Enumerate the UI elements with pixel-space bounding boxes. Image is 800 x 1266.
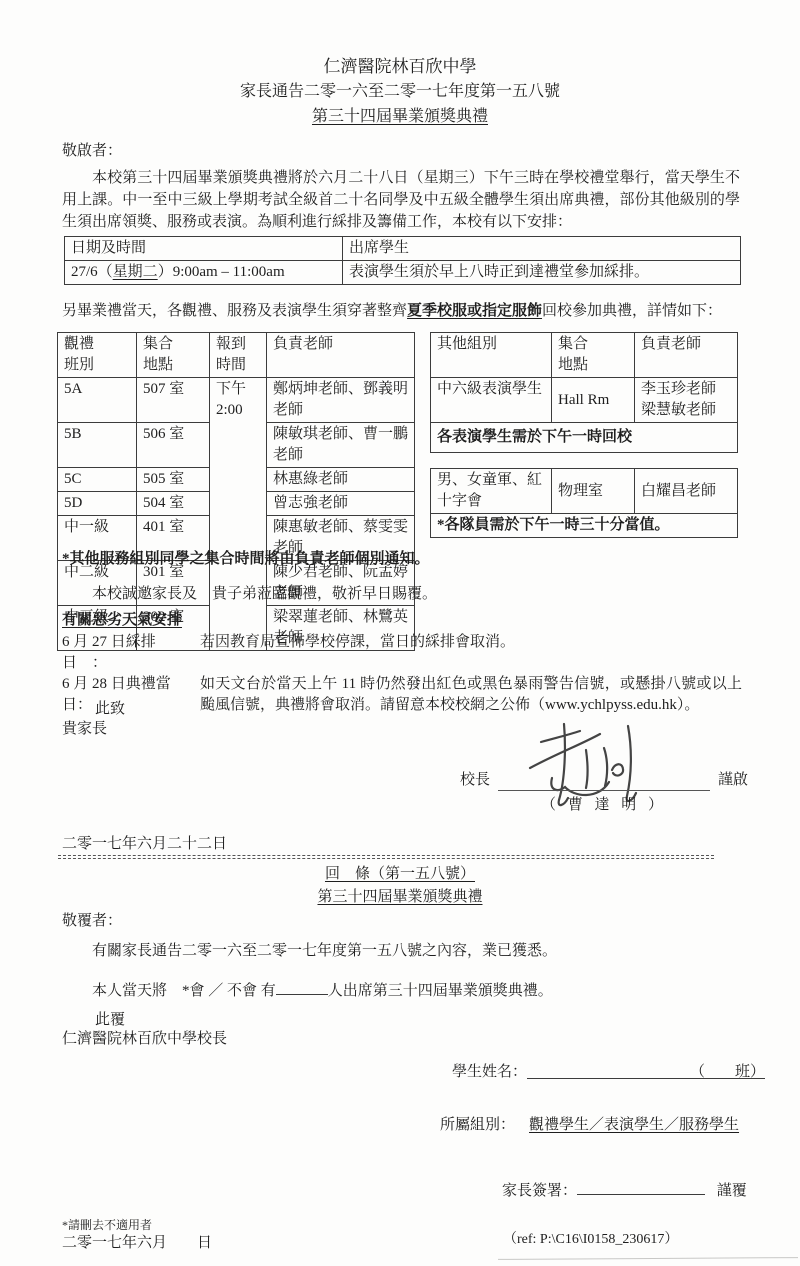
- notice-title: 第三十四屆畢業頒獎典禮: [0, 106, 800, 127]
- footnote: *請刪去不適用者: [62, 1218, 152, 1233]
- student-name-blank: （ 班）: [527, 1062, 765, 1079]
- salutation: 敬啟者：: [62, 141, 122, 162]
- rehearsal-col-date: 日期及時間: [65, 237, 343, 261]
- rehearsal-attendees-cell: 表演學生須於早上八時正到達禮堂參加綵排。: [343, 261, 741, 285]
- class-suffix: （ 班）: [690, 1064, 765, 1080]
- invitation-line: 本校誠邀家長及 貴子弟蒞臨觀禮，敬祈早日賜覆。: [62, 584, 437, 605]
- reply-salutation: 敬覆者：: [62, 911, 122, 932]
- intro-paragraph: 本校第三十四屆畢業頒獎典禮將於六月二十八日（星期三）下午三時在學校禮堂舉行，當天…: [62, 167, 740, 233]
- duty-note-row: *各隊員需於下午一時三十分當值。: [431, 514, 738, 538]
- other-groups-header-row: 其他組別 集合 地點 負責老師: [431, 333, 738, 378]
- weather-item-rehearsal: 6 月 27 日綵排日 ： 若因教育局宣佈學校停課，當日的綵排會取消。: [62, 632, 742, 674]
- uniform-groups-table: 男、女童軍、紅十字會 物理室 白耀昌老師 *各隊員需於下午一時三十分當值。: [430, 468, 738, 538]
- col-other-group: 其他組別: [431, 333, 552, 378]
- reply-title: 第三十四屆畢業頒獎典禮: [0, 887, 800, 908]
- weather-list: 6 月 27 日綵排日 ： 若因教育局宣佈學校停課，當日的綵排會取消。 6 月 …: [62, 632, 742, 716]
- school-name: 仁濟醫院林百欣中學: [0, 56, 800, 77]
- principal-label: 校長: [460, 770, 490, 791]
- table-row: 5A 507 室 下午 2:00 鄭炳坤老師、鄧義明老師: [58, 378, 415, 423]
- group-label: 所屬組別：: [440, 1117, 515, 1133]
- col-other-place: 集合 地點: [552, 333, 635, 378]
- student-name-line: 學生姓名：（ 班）: [452, 1062, 765, 1083]
- closing-cizhi: 此致: [95, 699, 125, 720]
- parent-sign-suffix: 謹覆: [717, 1183, 747, 1199]
- duty-note: *各隊員需於下午一時三十分當值。: [431, 514, 738, 538]
- weather-heading: 有關惡劣天氣安排: [62, 610, 182, 631]
- col-place: 集合 地點: [137, 333, 210, 378]
- report-time-cell: 下午 2:00: [210, 378, 267, 651]
- rehearsal-col-attendees: 出席學生: [343, 237, 741, 261]
- rehearsal-table: 日期及時間 出席學生 27/6（星期二）9:00am – 11:00am 表演學…: [64, 236, 741, 285]
- col-teachers: 負責老師: [267, 333, 415, 378]
- attendance-count-blank: [276, 978, 328, 995]
- header-block: 仁濟醫院林百欣中學 家長通告二零一六至二零一七年度第一五八號 第三十四屆畢業頒獎…: [0, 56, 800, 127]
- dress-code-line: 另畢業禮當天，各觀禮、服務及表演學生須穿著整齊夏季校服或指定服飾回校參加典禮，詳…: [62, 301, 752, 322]
- attendance-header-row: 觀禮 班別 集合 地點 報到 時間 負責老師: [58, 333, 415, 378]
- performer-note-row: 各表演學生需於下午一時回校: [431, 423, 738, 453]
- reply-date: 二零一七年六月 日: [62, 1233, 212, 1254]
- ref-number: （ref: P:\C16\I0158_230617）: [503, 1229, 678, 1250]
- col-class: 觀禮 班別: [58, 333, 137, 378]
- attendance-reply-line: 本人當天將 *會 ／ 不會 有人出席第三十四屆畢業頒獎典禮。: [62, 978, 553, 1002]
- rehearsal-table-header-row: 日期及時間 出席學生: [65, 237, 741, 261]
- acknowledgement-line: 有關家長通告二零一六至二零一七年度第一五八號之內容，業已獲悉。: [62, 941, 557, 962]
- rehearsal-date-cell: 27/6（星期二）9:00am – 11:00am: [65, 261, 343, 285]
- parent-sign-blank: [577, 1178, 705, 1195]
- weather-item-ceremony: 6 月 28 日典禮當日： 如天文台於當天上午 11 時仍然發出紅色或黑色暴雨警…: [62, 674, 742, 716]
- signature-suffix: 謹啟: [718, 770, 748, 791]
- other-groups-table: 其他組別 集合 地點 負責老師 中六級表演學生 Hall Rm 李玉珍老師 梁慧…: [430, 332, 738, 453]
- table-row: 男、女童軍、紅十字會 物理室 白耀昌老師: [431, 469, 738, 514]
- notice-number-line: 家長通告二零一六至二零一七年度第一五八號: [0, 81, 800, 102]
- signature-line: [498, 772, 710, 791]
- table-row: 中六級表演學生 Hall Rm 李玉珍老師 梁慧敏老師: [431, 378, 738, 423]
- issue-date: 二零一七年六月二十二日: [62, 834, 227, 855]
- performer-note: 各表演學生需於下午一時回校: [431, 423, 738, 453]
- reply-heading: 回 條（第一五八號）: [0, 864, 800, 885]
- col-time: 報到 時間: [210, 333, 267, 378]
- scan-artifact-line: [498, 1257, 798, 1260]
- cut-line: [58, 855, 714, 859]
- closing-recipient: 貴家長: [62, 719, 107, 740]
- rehearsal-table-row: 27/6（星期二）9:00am – 11:00am 表演學生須於早上八時正到達禮…: [65, 261, 741, 285]
- services-note: *其他服務組別同學之集合時間將由負責老師個別通知。: [62, 549, 430, 570]
- principal-name: （ 曹 達 明 ）: [460, 795, 748, 816]
- col-other-teachers: 負責老師: [635, 333, 738, 378]
- group-options: 觀禮學生／表演學生／服務學生: [515, 1117, 753, 1133]
- signature-block: 校長 謹啟 （ 曹 達 明 ）: [460, 770, 748, 816]
- parent-sign-label: 家長簽署：: [502, 1183, 577, 1199]
- student-name-label: 學生姓名：: [452, 1064, 527, 1080]
- reply-cifu: 此覆: [95, 1010, 125, 1031]
- reply-addressee: 仁濟醫院林百欣中學校長: [62, 1029, 227, 1050]
- parent-sign-line: 家長簽署： 謹覆: [502, 1178, 747, 1202]
- dress-code-emphasis: 夏季校服或指定服飾: [407, 303, 542, 319]
- group-line: 所屬組別：觀禮學生／表演學生／服務學生: [440, 1115, 753, 1136]
